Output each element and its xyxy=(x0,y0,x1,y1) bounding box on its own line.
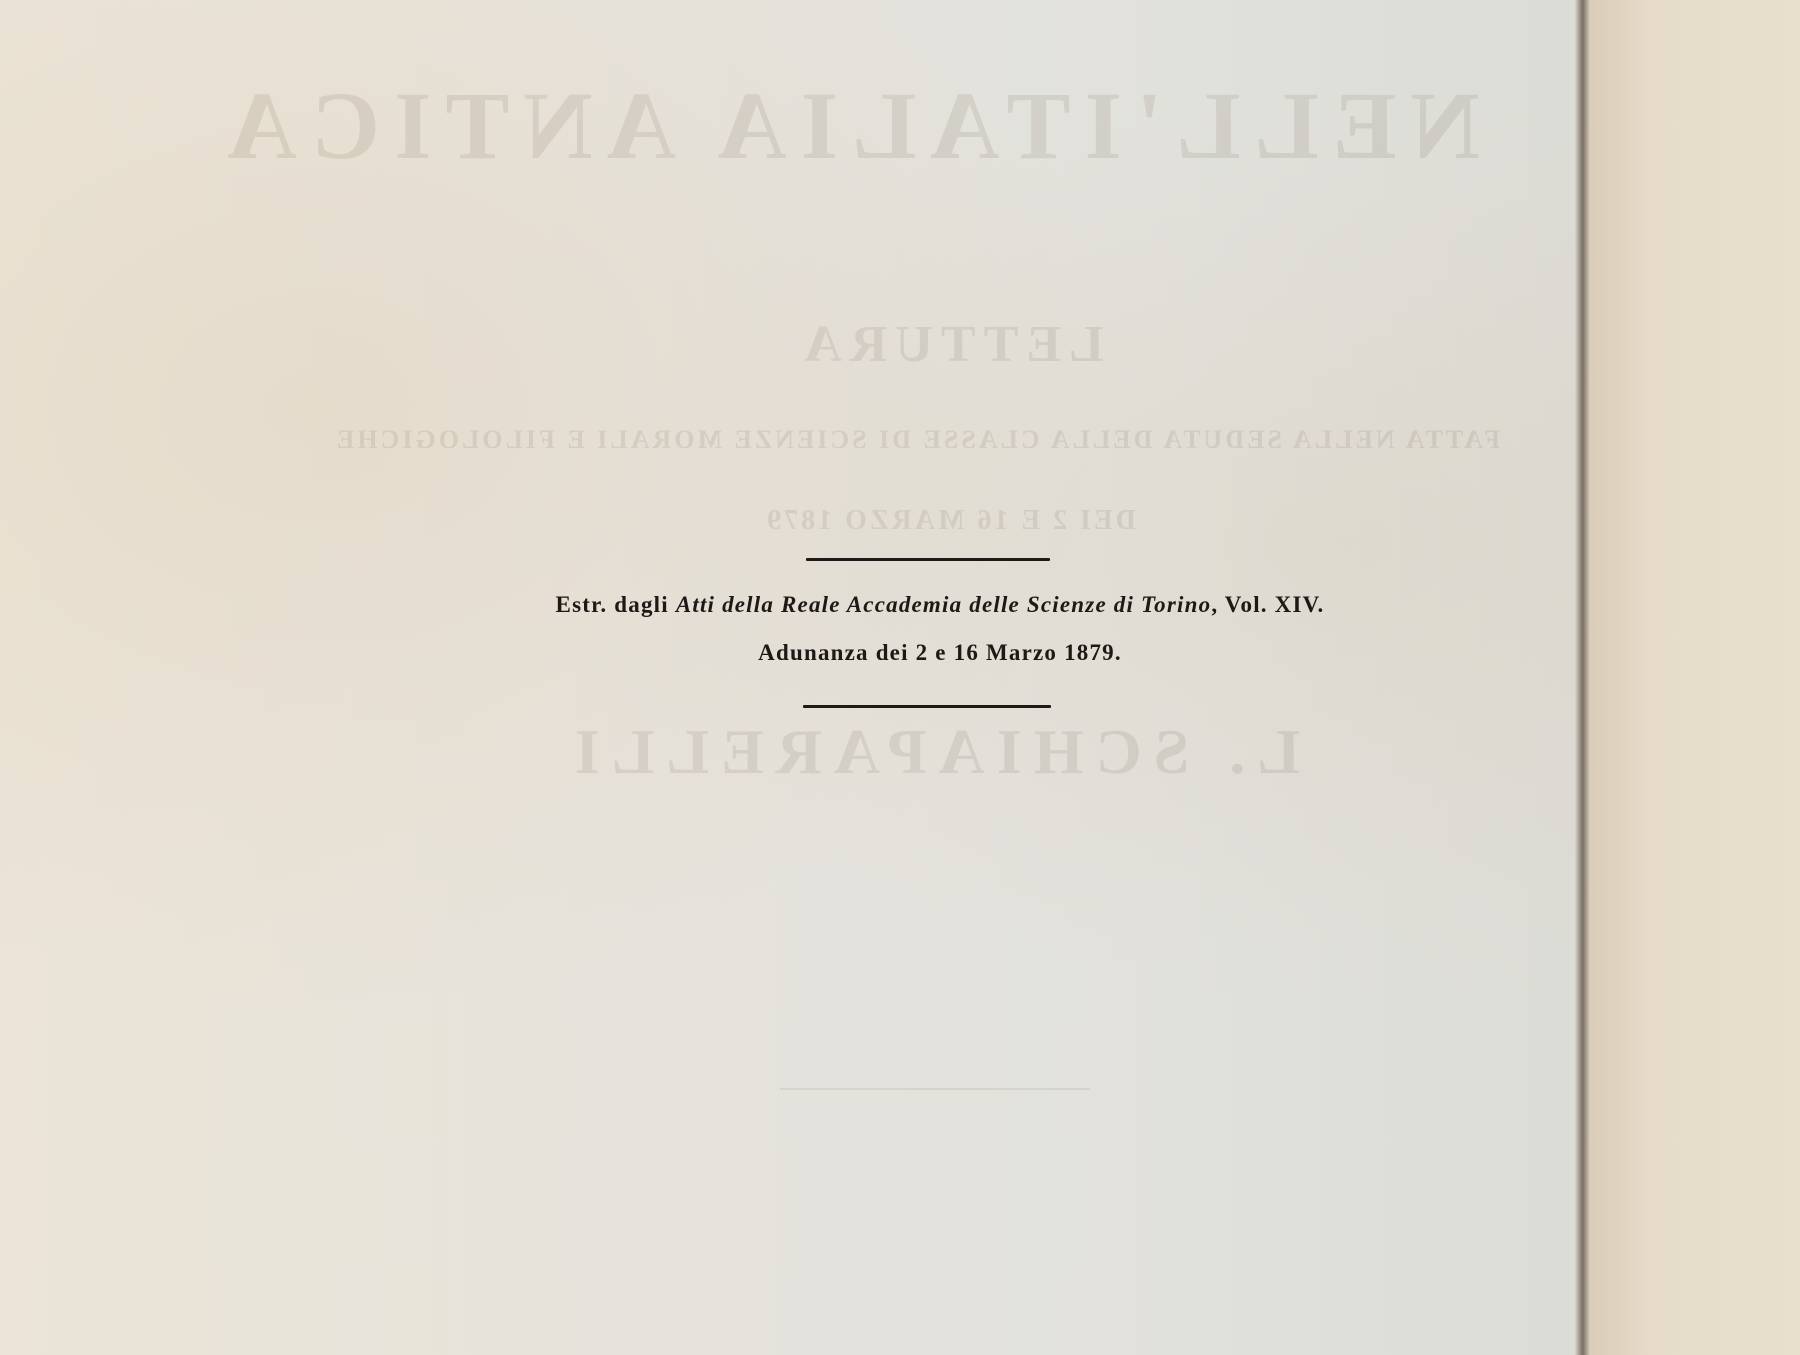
journal-title: Atti della Reale Accademia delle Scienze… xyxy=(676,592,1212,617)
page-edge xyxy=(1575,0,1589,1355)
imprint-line-2: Adunanza dei 2 e 16 Marzo 1879. xyxy=(440,640,1440,666)
bleed-through-title: NELL'ITALIA ANTICA xyxy=(430,70,1480,181)
imprint-line-1: Estr. dagli Atti della Reale Accademia d… xyxy=(440,592,1440,618)
book-page: NELL'ITALIA ANTICA LETTURA FATTA NELLA S… xyxy=(0,0,1585,1355)
volume: , Vol. XIV. xyxy=(1211,592,1324,617)
bleed-through-author: L. SCHIAPARELLI xyxy=(600,715,1300,789)
bottom-rule xyxy=(803,705,1051,708)
bleed-through-line: FATTA NELLA SEDUTA DELLA CLASSE DI SCIEN… xyxy=(400,425,1500,455)
bleed-through-date: DEI 2 E 16 MARZO 1879 xyxy=(550,505,1350,537)
imprint-prefix: Estr. dagli xyxy=(556,592,676,617)
top-rule xyxy=(806,558,1050,561)
adjacent-page xyxy=(1589,0,1800,1355)
bleed-through-subtitle: LETTURA xyxy=(700,315,1200,374)
faint-rule xyxy=(780,1088,1090,1090)
